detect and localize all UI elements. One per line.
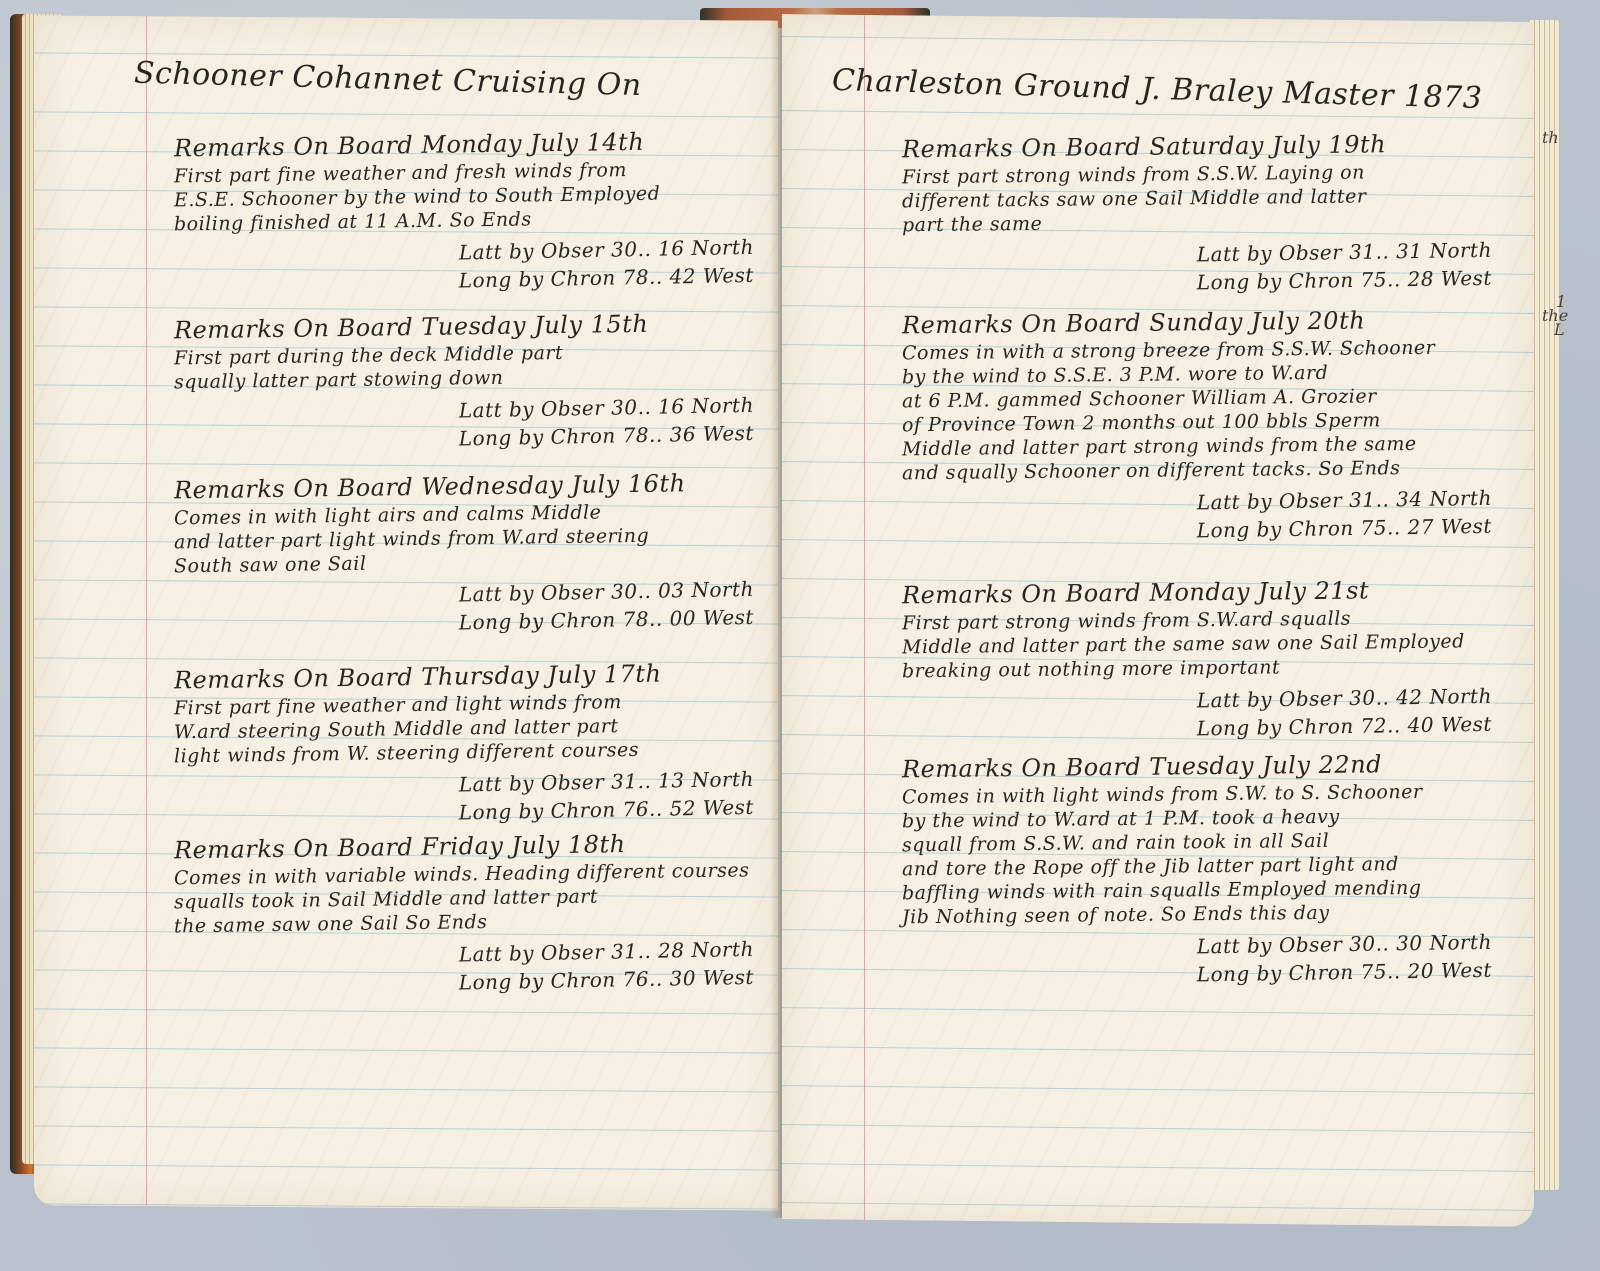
edge-mark: the bbox=[1542, 306, 1568, 325]
log-entry: Remarks On Board Wednesday July 16th Com… bbox=[174, 476, 754, 638]
open-logbook: Schooner Cohannet Cruising On Remarks On… bbox=[0, 0, 1600, 1271]
log-entry: Remarks On Board Tuesday July 15th First… bbox=[174, 316, 754, 454]
right-page-heading: Charleston Ground J. Braley Master 1873 bbox=[832, 63, 1483, 116]
log-entry: Remarks On Board Tuesday July 22nd Comes… bbox=[902, 755, 1492, 991]
entry-header: Remarks On Board Saturday July 19th bbox=[902, 129, 1492, 163]
log-entry: Remarks On Board Monday July 21st First … bbox=[902, 581, 1492, 745]
left-page: Schooner Cohannet Cruising On Remarks On… bbox=[34, 15, 778, 1210]
entry-line: and squally Schooner on different tacks.… bbox=[902, 455, 1492, 485]
left-page-heading: Schooner Cohannet Cruising On bbox=[134, 56, 642, 103]
entry-line: breaking out nothing more important bbox=[902, 653, 1492, 683]
edge-mark: th bbox=[1542, 128, 1559, 147]
log-entry: Remarks On Board Friday July 18th Comes … bbox=[174, 836, 754, 998]
log-entry: Remarks On Board Monday July 14th First … bbox=[174, 134, 754, 296]
log-entry: Remarks On Board Thursday July 17th Firs… bbox=[174, 666, 754, 828]
log-entry: Remarks On Board Saturday July 19th Firs… bbox=[902, 135, 1492, 299]
page-stack-right bbox=[1530, 20, 1560, 1190]
entry-header: Remarks On Board Monday July 21st bbox=[902, 575, 1492, 609]
margin-rule bbox=[146, 16, 147, 1206]
margin-rule bbox=[864, 15, 865, 1220]
entry-line: part the same bbox=[902, 207, 1492, 237]
entry-header: Remarks On Board Tuesday July 22nd bbox=[902, 749, 1492, 783]
right-page: Charleston Ground J. Braley Master 1873 … bbox=[782, 14, 1534, 1227]
log-entry: Remarks On Board Sunday July 20th Comes … bbox=[902, 311, 1492, 547]
entry-header: Remarks On Board Sunday July 20th bbox=[902, 305, 1492, 339]
entry-line: Jib Nothing seen of note. So Ends this d… bbox=[902, 899, 1492, 929]
